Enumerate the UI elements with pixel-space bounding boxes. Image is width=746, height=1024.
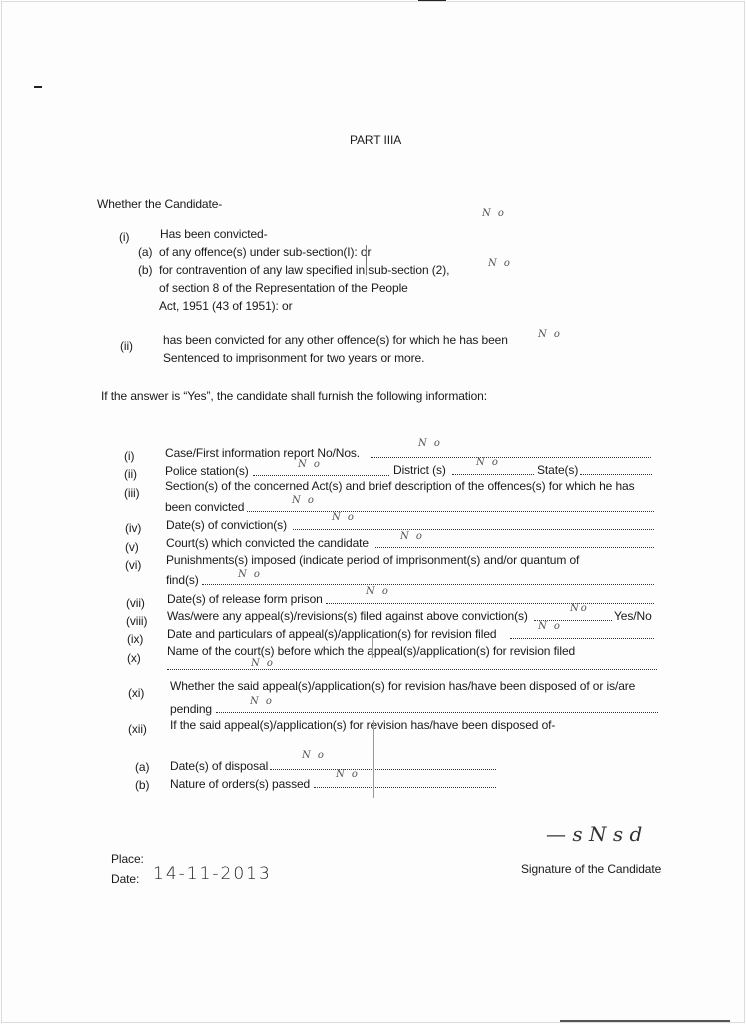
signature-label: Signature of the Candidate: [521, 862, 661, 876]
info-number: (xii): [128, 722, 147, 736]
answer-line[interactable]: [253, 474, 389, 476]
info-label: Police station(s): [165, 464, 249, 478]
state-answer-line[interactable]: [580, 473, 652, 475]
info-number: (vii): [126, 596, 145, 610]
date-label: Date:: [111, 872, 139, 886]
info-number: (xi): [128, 686, 144, 700]
info-answer: No: [570, 603, 589, 614]
info-number: (ii): [124, 467, 137, 481]
info-label: Date(s) of conviction(s): [166, 518, 287, 532]
info-number: (viii): [126, 614, 147, 628]
item-number: (ii): [120, 339, 133, 353]
info-label: Whether the said appeal(s)/application(s…: [170, 679, 635, 693]
answer-line[interactable]: [326, 602, 654, 604]
info-answer: N o: [298, 459, 322, 470]
yes-prompt: If the answer is “Yes”, the candidate sh…: [101, 389, 487, 403]
info-number: (i): [124, 449, 134, 463]
info-number: (iii): [124, 486, 140, 500]
info-number: (vi): [125, 558, 141, 572]
answer-line[interactable]: [216, 711, 658, 713]
info-label: Punishments(s) imposed (indicate period …: [166, 553, 579, 567]
answer-line[interactable]: [510, 637, 654, 639]
handwritten-answer: N o: [538, 329, 562, 340]
candidate-signature: — s N s d: [546, 822, 642, 846]
handwritten-answer: N o: [488, 258, 512, 269]
scan-mark: [34, 86, 42, 88]
info-label: Date(s) of release form prison: [167, 592, 323, 606]
info-number: (v): [125, 540, 139, 554]
info-answer: N o: [400, 531, 424, 542]
info-label: Date and particulars of appeal(s)/applic…: [167, 627, 496, 641]
date-value: 14-11-2013: [153, 864, 272, 884]
district-label: District (s): [393, 463, 446, 477]
disposal-label: Nature of orders(s) passed: [170, 777, 310, 791]
subitem-text: of section 8 of the Representation of th…: [159, 281, 408, 295]
district-answer-line[interactable]: [452, 473, 534, 475]
item-text: Sentenced to imprisonment for two years …: [163, 351, 424, 365]
info-label: Was/were any appeal(s)/revisions(s) file…: [167, 609, 528, 623]
page-title: PART IIIA: [350, 133, 401, 147]
subitem-text: for contravention of any law specified i…: [159, 263, 449, 277]
answer-line[interactable]: [375, 546, 654, 548]
subitem-number: (a): [138, 245, 152, 259]
disposal-answer: N o: [336, 769, 360, 780]
info-answer: N o: [292, 495, 316, 506]
answer-line[interactable]: [314, 786, 496, 788]
info-answer: N o: [366, 586, 390, 597]
info-label: If the said appeal(s)/application(s) for…: [170, 718, 555, 732]
subitem-text: of any offence(s) under sub-section(I): …: [159, 245, 371, 259]
scan-line: [366, 245, 367, 275]
info-number: (x): [127, 651, 141, 665]
info-number: (ix): [127, 632, 143, 646]
yes-no-suffix: Yes/No: [614, 609, 652, 623]
state-label: State(s): [537, 463, 578, 477]
scan-mark: [418, 0, 446, 1]
item-number: (i): [119, 230, 129, 244]
answer-line[interactable]: [167, 668, 657, 670]
info-answer: N o: [418, 438, 442, 449]
info-answer: N o: [538, 621, 562, 632]
info-number: (iv): [125, 521, 141, 535]
info-label: Court(s) which convicted the candidate: [166, 536, 369, 550]
info-answer: N o: [332, 512, 356, 523]
disposal-label: Date(s) of disposal: [170, 759, 268, 773]
scan-line: [372, 636, 373, 658]
subitem-number: (b): [138, 263, 152, 277]
info-answer: N o: [238, 569, 262, 580]
disposal-number: (a): [135, 760, 149, 774]
scan-line: [373, 720, 374, 798]
item-text: has been convicted for any other offence…: [163, 333, 508, 347]
info-answer: N o: [251, 658, 275, 669]
info-label: Section(s) of the concerned Act(s) and b…: [165, 479, 635, 493]
scan-mark: [560, 1020, 730, 1022]
info-label-cont: been convicted: [165, 500, 244, 514]
disposal-number: (b): [135, 778, 149, 792]
answer-line[interactable]: [371, 456, 651, 458]
info-answer: N o: [250, 696, 274, 707]
handwritten-answer: N o: [482, 208, 506, 219]
intro-lead: Whether the Candidate-: [97, 197, 222, 211]
answer-line[interactable]: [247, 510, 654, 512]
answer-line[interactable]: [270, 768, 496, 770]
place-label: Place:: [111, 852, 144, 866]
disposal-answer: N o: [302, 750, 326, 761]
info-label-cont: find(s): [166, 573, 199, 587]
answer-line[interactable]: [202, 583, 654, 585]
answer-line[interactable]: [293, 528, 654, 530]
info-label-cont: pending: [170, 702, 212, 716]
district-answer: N o: [476, 457, 500, 468]
item-text: Has been convicted-: [160, 227, 268, 241]
subitem-text: Act, 1951 (43 of 1951): or: [159, 299, 292, 313]
info-label: Case/First information report No/Nos.: [165, 446, 360, 460]
